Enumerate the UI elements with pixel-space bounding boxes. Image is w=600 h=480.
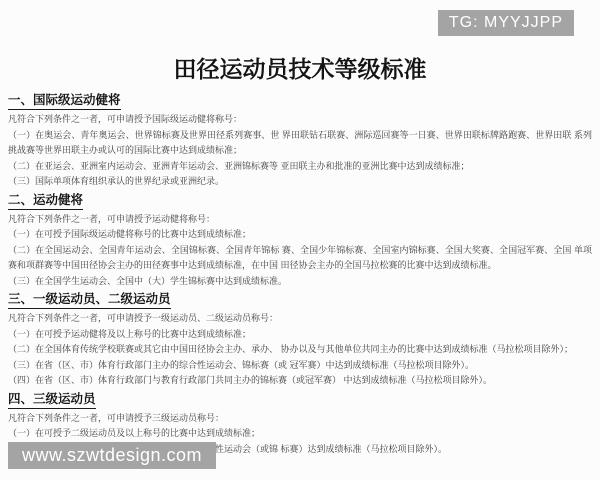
- section-heading: 二、运动健将: [8, 193, 592, 210]
- section-item: （一）在可授予运动健将及以上称号的比赛中达到成绩标准；: [8, 327, 592, 343]
- watermark-top: TG: MYYJJPP: [438, 10, 574, 36]
- section-intro: 凡符合下列条件之一者，可申请授予一级运动员、二级运动员称号：: [8, 311, 592, 327]
- document-content: 一、国际级运动健将 凡符合下列条件之一者，可申请授予国际级运动健将称号： （一）…: [0, 93, 600, 457]
- section-heading-text: 三、一级运动员、二级运动员: [8, 292, 171, 309]
- section-item: （一）在奥运会、青年奥运会、世界锦标赛及世界田径系列赛事、世 界田联钻石联赛、洲…: [8, 128, 592, 159]
- document-page: TG: MYYJJPP 田径运动员技术等级标准 一、国际级运动健将 凡符合下列条…: [0, 0, 600, 480]
- section-heading: 一、国际级运动健将: [8, 93, 592, 110]
- section-item: （三）国际单项体育组织承认的世界纪录或亚洲纪录。: [8, 174, 592, 190]
- section-heading-text: 二、运动健将: [8, 193, 83, 210]
- section-heading: 三、一级运动员、二级运动员: [8, 292, 592, 309]
- section-item: （一）在可授予国际级运动健将称号的比赛中达到成绩标准；: [8, 227, 592, 243]
- section-heading: 四、三级运动员: [8, 392, 592, 409]
- watermark-bottom: www.szwtdesign.com: [8, 442, 216, 469]
- section-item: （二）在亚运会、亚洲室内运动会、亚洲青年运动会、亚洲锦标赛等 亚田联主办和批准的…: [8, 159, 592, 175]
- section-intro: 凡符合下列条件之一者，可申请授予三级运动员称号：: [8, 411, 592, 427]
- section-heading-text: 四、三级运动员: [8, 392, 96, 409]
- section-item: （三）在全国学生运动会、全国中（大）学生锦标赛中达到成绩标准。: [8, 274, 592, 290]
- section-intro: 凡符合下列条件之一者，可申请授予国际级运动健将称号：: [8, 112, 592, 128]
- section-item: （二）在全国运动会、全国青年运动会、全国锦标赛、全国青年锦标 赛、全国少年锦标赛…: [8, 243, 592, 274]
- section-item: （一）在可授予二级运动员及以上称号的比赛中达到成绩标准；: [8, 426, 592, 442]
- section-international-master: 一、国际级运动健将 凡符合下列条件之一者，可申请授予国际级运动健将称号： （一）…: [8, 93, 592, 190]
- section-item: （四）在省（区、市）体育行政部门与教育行政部门共同主办的锦标赛（或冠军赛） 中达…: [8, 373, 592, 389]
- section-master: 二、运动健将 凡符合下列条件之一者，可申请授予运动健将称号： （一）在可授予国际…: [8, 193, 592, 290]
- section-first-second-grade: 三、一级运动员、二级运动员 凡符合下列条件之一者，可申请授予一级运动员、二级运动…: [8, 292, 592, 389]
- section-heading-text: 一、国际级运动健将: [8, 93, 121, 110]
- section-item: （三）在省（区、市）体育行政部门主办的综合性运动会、锦标赛（或 冠军赛）中达到成…: [8, 358, 592, 374]
- section-item: （二）在全国体育传统学校联赛或其它由中国田径协会主办、承办、 协办以及与其他单位…: [8, 342, 592, 358]
- section-intro: 凡符合下列条件之一者，可申请授予运动健将称号：: [8, 212, 592, 228]
